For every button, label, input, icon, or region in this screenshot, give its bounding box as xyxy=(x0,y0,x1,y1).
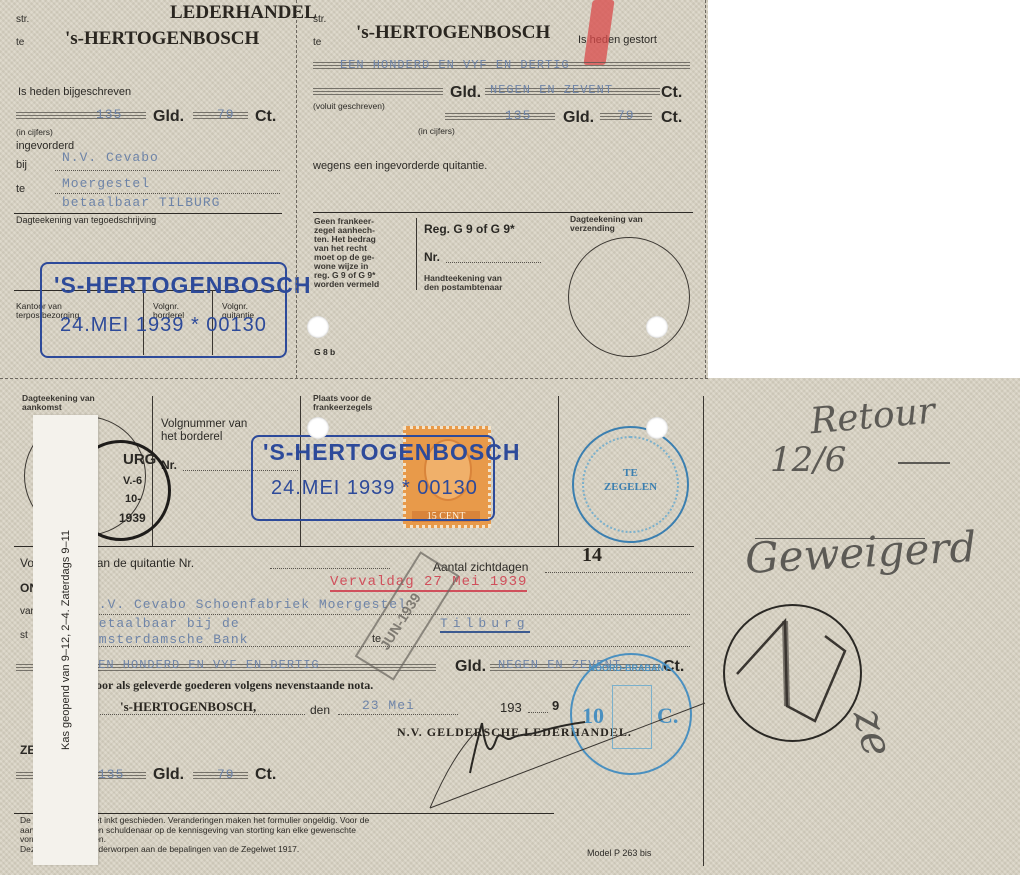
reg-label: Reg. G 9 of G 9* xyxy=(424,222,515,236)
voluit-label: (voluit geschreven) xyxy=(313,102,385,111)
dispatch-date-label: Dagteekening van verzending xyxy=(570,215,643,233)
dotted-line xyxy=(545,572,693,573)
amount-ct-right: 79 xyxy=(617,108,635,123)
borderel-label: Volgnummer van het borderel xyxy=(161,418,247,444)
in-cijfers-label: (in cijfers) xyxy=(16,128,53,137)
seal-line: TE xyxy=(574,466,687,480)
divider xyxy=(313,212,693,213)
gld-label: Gld. xyxy=(153,108,184,126)
nr-label: Nr. xyxy=(424,250,440,264)
ct-label-right: Ct. xyxy=(661,84,682,102)
post-office-stamp-bottom: 'S-HERTOGENBOSCH 24.MEI 1939 * 00130 xyxy=(251,435,495,521)
label-line: aankomst xyxy=(22,403,95,412)
divider-v xyxy=(558,396,559,546)
dotted-line xyxy=(100,714,305,715)
amount-ct-left: 79 xyxy=(217,107,235,122)
punch-hole xyxy=(646,316,668,338)
handwriting-retour: Retour xyxy=(808,391,936,443)
return-mark-circle xyxy=(723,604,862,742)
payer-line2: betaalbaar bij de xyxy=(90,616,240,631)
model-number: Model P 263 bis xyxy=(587,848,651,858)
amount-hatch xyxy=(16,112,146,121)
payable-text: betaalbaar TILBURG xyxy=(62,195,220,210)
divider xyxy=(14,213,282,214)
pencil-dash xyxy=(898,462,950,464)
hatch xyxy=(313,88,443,97)
amount-gld-bottom: 135 xyxy=(98,767,124,782)
gld-label-right: Gld. xyxy=(450,84,481,102)
amount-ct-bottom: 79 xyxy=(217,767,235,782)
company-header: LEDERHANDEL xyxy=(170,2,317,24)
office-hours-text: Kas geopend van 9–12, 2–4. Zaterdags 9–1… xyxy=(60,530,72,750)
bottom-sheet: Dagteekening van aankomst Volgnummer van… xyxy=(0,378,1020,875)
te2-label: te xyxy=(16,183,25,195)
payer-city: Tilburg xyxy=(440,616,530,633)
circle-mark-glyph-icon xyxy=(725,606,860,740)
payer-line3: Amsterdamsche Bank xyxy=(90,632,248,647)
notice-line: worden vermeld xyxy=(314,280,379,289)
dotted-line xyxy=(55,170,280,171)
reason-text: wegens een ingevorderde quitantie. xyxy=(313,160,487,172)
stamp-line1: 'S-HERTOGENBOSCH xyxy=(54,272,311,299)
str-label: str. xyxy=(16,14,29,25)
gld-label-bottom: Gld. xyxy=(455,658,486,676)
postmark-text: 1939 xyxy=(119,511,146,525)
str-label-right: str. xyxy=(313,14,326,25)
red-crayon-mark xyxy=(583,0,614,65)
ct-label-right2: Ct. xyxy=(661,109,682,127)
gld-label-right2: Gld. xyxy=(563,109,594,127)
form-code: G 8 b xyxy=(314,348,335,357)
te-label: te xyxy=(16,37,24,48)
divider-v xyxy=(416,218,417,290)
hatch xyxy=(445,113,555,122)
dotted-line xyxy=(55,193,280,194)
stamp-line2: 24.MEI 1939 * 00130 xyxy=(60,314,267,337)
dotted-line xyxy=(446,262,541,263)
amount-gld-right: 135 xyxy=(505,108,531,123)
label-line: den postambtenaar xyxy=(424,283,502,292)
payer-line1: N.V. Cevabo Schoenfabriek Moergestel xyxy=(90,597,407,612)
amount-words-ct: NEGEN EN ZEVENT xyxy=(490,83,613,97)
city-left: 's-HERTOGENBOSCH xyxy=(65,28,259,50)
signing-place: 's-HERTOGENBOSCH, xyxy=(120,699,256,715)
arrival-date-label: Dagteekening van aankomst xyxy=(22,394,95,412)
sight-days-value: 14 xyxy=(582,544,602,567)
label-line: verzending xyxy=(570,224,643,233)
dispatch-date-circle xyxy=(568,237,690,357)
perforation-vertical xyxy=(296,0,297,378)
te-label-right: te xyxy=(313,37,321,48)
top-sheet: LEDERHANDEL str. te 's-HERTOGENBOSCH Is … xyxy=(0,0,708,378)
credit-date-label: Dagteekening van tegoedschrijving xyxy=(16,216,156,225)
perforation-edge xyxy=(705,0,706,378)
punch-hole xyxy=(307,316,329,338)
pencil-strike xyxy=(755,538,925,539)
postmark-text: URG xyxy=(123,451,156,468)
credited-label: Is heden bijgeschreven xyxy=(18,86,131,98)
seal-line: ZEGELEN xyxy=(574,480,687,494)
ct-label-zegt: Ct. xyxy=(255,766,276,784)
seal-text: TE ZEGELEN xyxy=(574,466,687,494)
postmark-text: V.-6 xyxy=(123,475,142,487)
ct-label: Ct. xyxy=(255,108,276,126)
office-hours-tape: Kas geopend van 9–12, 2–4. Zaterdags 9–1… xyxy=(33,415,98,865)
bij-label: bij xyxy=(16,159,27,171)
post-office-stamp: 'S-HERTOGENBOSCH 24.MEI 1939 * 00130 xyxy=(40,262,287,358)
amount-words-bottom: EEN HONDERD EN VYF EN DERTIG xyxy=(90,658,320,672)
st-label: st xyxy=(20,630,28,641)
handwritten-signature xyxy=(300,678,720,828)
handwriting-date: 12/6 xyxy=(770,440,846,480)
postage-notice: Geen frankeer- zegel aanhech- ten. Het b… xyxy=(314,217,379,289)
stamp-line1: 'S-HERTOGENBOSCH xyxy=(263,439,520,466)
label-line: Volgnummer van xyxy=(161,418,247,431)
amount-words: EEN HONDERD EN VYF EN DERTIG xyxy=(340,58,570,72)
amount-gld-left: 135 xyxy=(96,107,122,122)
postmark-text: 10- xyxy=(125,493,141,505)
te-zegelen-seal: TE ZEGELEN xyxy=(572,426,689,543)
label-line: frankeerzegels xyxy=(313,403,373,412)
city-right: 's-HERTOGENBOSCH xyxy=(356,22,550,44)
stamp-place-label: Plaats voor de frankeerzegels xyxy=(313,394,373,412)
punch-hole xyxy=(307,417,329,439)
handwriting-word: Geweigerd xyxy=(744,522,978,583)
gld-label-zegt: Gld. xyxy=(153,766,184,784)
collected-city: Moergestel xyxy=(62,176,150,191)
stamp-line2: 24.MEI 1939 * 00130 xyxy=(271,477,478,500)
signature-label: Handteekening van den postambtenaar xyxy=(424,274,502,292)
perforation-horizontal xyxy=(0,378,708,379)
dotted-line xyxy=(270,568,390,569)
collected-from: N.V. Cevabo xyxy=(62,150,159,165)
revenue-stamp-text: NOORD-BRABANT xyxy=(584,663,674,673)
in-cijfers-right: (in cijfers) xyxy=(418,127,455,136)
label-line: het borderel xyxy=(161,431,247,444)
punch-hole xyxy=(646,417,668,439)
